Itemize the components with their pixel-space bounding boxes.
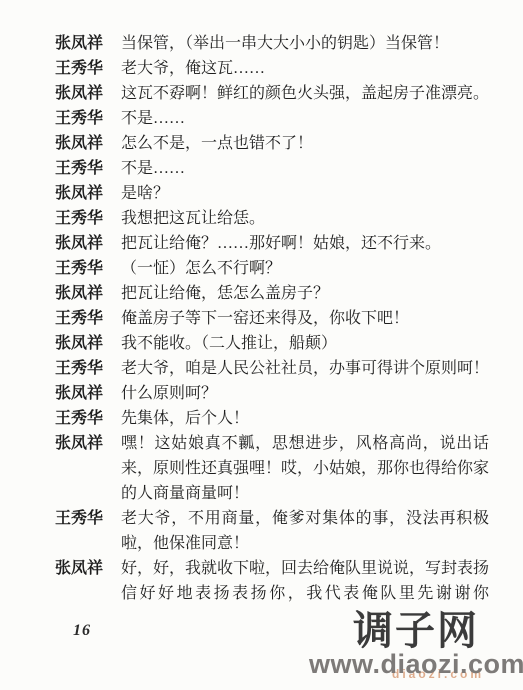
- speaker-name: 王秀华: [55, 56, 107, 81]
- dialogue-row: 王秀华 （一怔）怎么不行啊？: [55, 256, 495, 281]
- dialogue-row: 张凤祥 怎么不是，一点也错不了！: [55, 131, 495, 156]
- dialogue-text: 我不能收。（二人推让，船颠）: [121, 331, 489, 356]
- speaker-name: 张凤祥: [55, 381, 107, 406]
- dialogue-text: 俺盖房子等下一窑还来得及，你收下吧！: [121, 306, 489, 331]
- dialogue-text: 把瓦让给俺？……那好啊！姑娘，还不行来。: [121, 231, 489, 256]
- dialogue-text: 老大爷，咱是人民公社社员，办事可得讲个原则呵！: [121, 356, 489, 381]
- dialogue-row: 张凤祥 是啥？: [55, 181, 495, 206]
- speaker-name: 王秀华: [55, 106, 107, 131]
- speaker-name: 王秀华: [55, 406, 107, 431]
- speaker-name: 张凤祥: [55, 231, 107, 256]
- watermark-brand-text: 调子网: [353, 611, 479, 651]
- dialogue-text: 老大爷，不用商量，俺爹对集体的事，没法再积极啦，他保准同意！: [121, 506, 489, 556]
- dialogue-row: 王秀华 不是……: [55, 156, 495, 181]
- speaker-name: 张凤祥: [55, 331, 107, 356]
- dialogue-row: 王秀华 老大爷，咱是人民公社社员，办事可得讲个原则呵！: [55, 356, 495, 381]
- speaker-name: 张凤祥: [55, 431, 107, 456]
- dialogue-row: 张凤祥 把瓦让给俺？……那好啊！姑娘，还不行来。: [55, 231, 495, 256]
- dialogue-text: 好，好，我就收下啦，回去给俺队里说说，写封表扬信好好地表扬表扬你，我代表俺队里先…: [121, 556, 489, 606]
- speaker-name: 王秀华: [55, 506, 107, 531]
- speaker-name: 张凤祥: [55, 81, 107, 106]
- speaker-name: 王秀华: [55, 256, 107, 281]
- dialogue-text: 我想把这瓦让给恁。: [121, 206, 489, 231]
- dialogue-text: 怎么不是，一点也错不了！: [121, 131, 489, 156]
- speaker-name: 张凤祥: [55, 181, 107, 206]
- dialogue-text: 是啥？: [121, 181, 489, 206]
- speaker-name: 张凤祥: [55, 281, 107, 306]
- dialogue-row: 张凤祥 什么原则呵？: [55, 381, 495, 406]
- dialogue-row: 王秀华 俺盖房子等下一窑还来得及，你收下吧！: [55, 306, 495, 331]
- speaker-name: 张凤祥: [55, 31, 107, 56]
- dialogue-text: 不是……: [121, 106, 489, 131]
- dialogue-row: 张凤祥 好，好，我就收下啦，回去给俺队里说说，写封表扬信好好地表扬表扬你，我代表…: [55, 556, 495, 606]
- speaker-name: 张凤祥: [55, 556, 107, 581]
- dialogue-row: 张凤祥 当保管，（举出一串大大小小的钥匙）当保管！: [55, 31, 495, 56]
- page-number: 16: [73, 622, 91, 640]
- dialogue-list: 张凤祥 当保管，（举出一串大大小小的钥匙）当保管！ 王秀华 老大爷，俺这瓦…… …: [55, 31, 495, 606]
- dialogue-row: 张凤祥 把瓦让给俺，恁怎么盖房子？: [55, 281, 495, 306]
- dialogue-row: 王秀华 老大爷，俺这瓦……: [55, 56, 495, 81]
- dialogue-text: 这瓦不孬啊！鲜红的颜色火头强，盖起房子准漂亮。: [121, 81, 489, 106]
- dialogue-row: 张凤祥 我不能收。（二人推让，船颠）: [55, 331, 495, 356]
- dialogue-text: 什么原则呵？: [121, 381, 489, 406]
- speaker-name: 王秀华: [55, 206, 107, 231]
- scanned-script-page: 张凤祥 当保管，（举出一串大大小小的钥匙）当保管！ 王秀华 老大爷，俺这瓦…… …: [0, 0, 523, 690]
- dialogue-text: 当保管，（举出一串大大小小的钥匙）当保管！: [121, 31, 489, 56]
- dialogue-text: 把瓦让给俺，恁怎么盖房子？: [121, 281, 489, 306]
- dialogue-text: 嘿！这姑娘真不瓤，思想进步，风格高尚，说出话来，原则性还真强哩！哎，小姑娘，那你…: [121, 431, 489, 506]
- dialogue-row: 王秀华 不是……: [55, 106, 495, 131]
- dialogue-text: 老大爷，俺这瓦……: [121, 56, 489, 81]
- dialogue-row: 张凤祥 嘿！这姑娘真不瓤，思想进步，风格高尚，说出话来，原则性还真强哩！哎，小姑…: [55, 431, 495, 506]
- speaker-name: 王秀华: [55, 356, 107, 381]
- dialogue-row: 王秀华 我想把这瓦让给恁。: [55, 206, 495, 231]
- dialogue-text: 不是……: [121, 156, 489, 181]
- speaker-name: 王秀华: [55, 306, 107, 331]
- speaker-name: 张凤祥: [55, 131, 107, 156]
- watermark-url-text: www.diaozi.com: [309, 651, 523, 678]
- dialogue-text: （一怔）怎么不行啊？: [121, 256, 489, 281]
- dialogue-row: 王秀华 先集体，后个人！: [55, 406, 495, 431]
- dialogue-row: 张凤祥 这瓦不孬啊！鲜红的颜色火头强，盖起房子准漂亮。: [55, 81, 495, 106]
- dialogue-row: 王秀华 老大爷，不用商量，俺爹对集体的事，没法再积极啦，他保准同意！: [55, 506, 495, 556]
- dialogue-text: 先集体，后个人！: [121, 406, 489, 431]
- speaker-name: 王秀华: [55, 156, 107, 181]
